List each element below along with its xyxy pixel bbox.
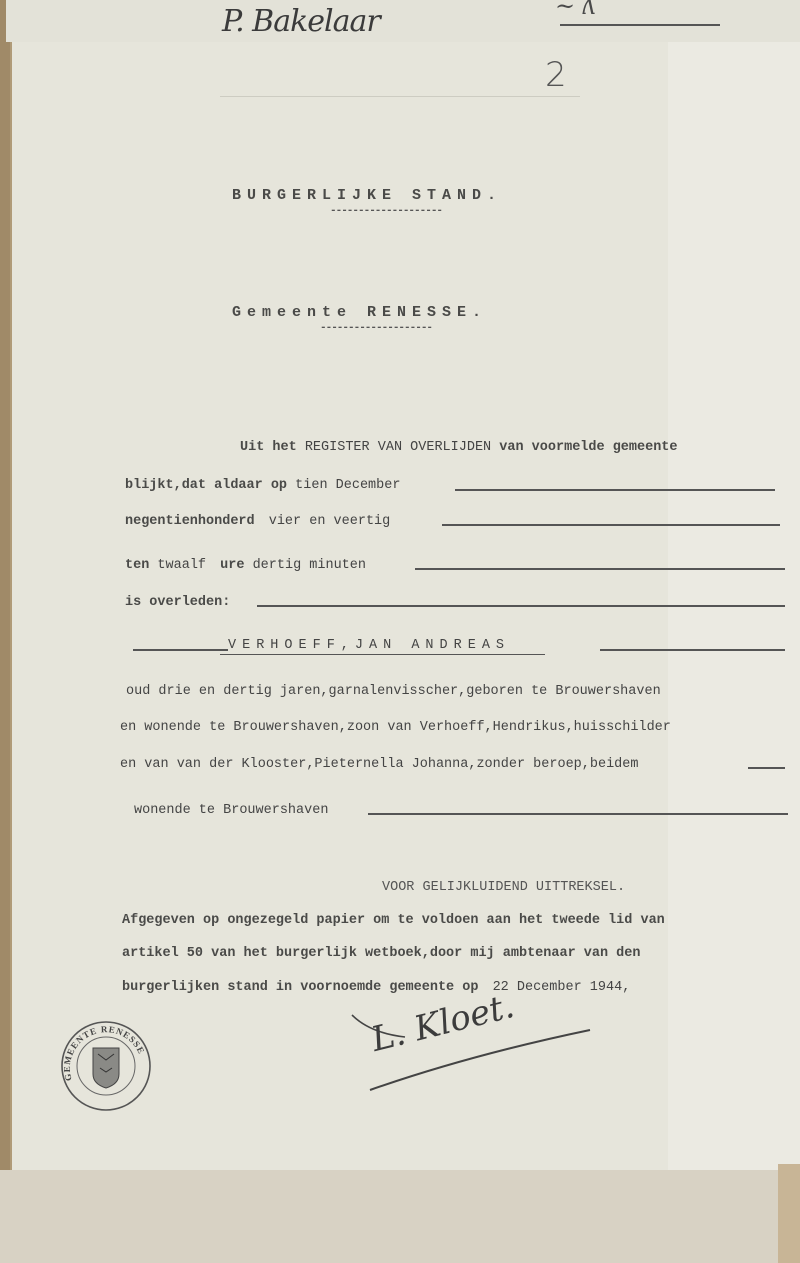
title-underline: -------------------- [330, 205, 442, 217]
certification-text: Afgegeven op ongezegeld papier om te vol… [122, 913, 665, 928]
death-hour: twaalf [157, 558, 206, 573]
time-label-ten: ten [125, 558, 149, 573]
year-line: negentienhonderd vier en veertig [125, 514, 390, 529]
fill-line [133, 649, 228, 651]
time-line: ten twaalf ure dertig minuten [125, 558, 366, 573]
document-title: BURGERLIJKE STAND. [232, 187, 502, 204]
deceased-name: VERHOEFF,JAN ANDREAS [228, 638, 510, 653]
fill-line [257, 605, 785, 607]
intro-prefix: Uit het [240, 440, 297, 455]
municipality-heading: Gemeente RENESSE. [232, 304, 487, 321]
detail-line: wonende te Brouwershaven [134, 803, 328, 818]
register-name: REGISTER VAN OVERLIJDEN [305, 440, 491, 455]
top-right-signature-scribble: ~ ʎ [555, 0, 596, 20]
fill-line [600, 649, 785, 651]
time-label-ure: ure [220, 558, 244, 573]
death-minutes: dertig minuten [253, 558, 366, 573]
detail-line: oud drie en dertig jaren,garnalenvissche… [126, 684, 661, 699]
issue-date: 22 December 1944, [493, 980, 631, 995]
certification-line: burgerlijken stand in voornoemde gemeent… [122, 980, 630, 995]
year-label: negentienhonderd [125, 514, 255, 529]
underlying-page-bottom [0, 1170, 780, 1263]
intro-suffix: van voormelde gemeente [499, 440, 677, 455]
top-signature: P. Bakelaar [222, 4, 380, 39]
certification-heading: VOOR GELIJKLUIDEND UITTREKSEL. [382, 880, 625, 895]
municipal-seal-icon: GEMEENTE RENESSE [60, 1020, 152, 1112]
death-date: tien December [295, 478, 400, 493]
date-label: blijkt,dat aldaar op [125, 478, 287, 493]
name-underline [220, 654, 545, 655]
detail-line: en van van der Klooster,Pieternella Joha… [120, 757, 638, 772]
top-signature-underline [560, 24, 720, 26]
certification-line: Afgegeven op ongezegeld papier om te vol… [122, 913, 665, 928]
fill-line [415, 568, 785, 570]
certification-line: artikel 50 van het burgerlijk wetboek,do… [122, 946, 640, 961]
municipality-underline: -------------------- [320, 322, 432, 334]
page-number: 2 [545, 55, 567, 95]
faint-rule [220, 96, 580, 97]
underlying-page [6, 0, 800, 42]
fill-line [442, 524, 780, 526]
background-edge-bottom [778, 1164, 800, 1263]
date-line: blijkt,dat aldaar op tien December [125, 478, 400, 493]
deceased-label-line: is overleden: [125, 595, 230, 610]
background-edge [0, 0, 10, 1263]
detail-line: en wonende te Brouwershaven,zoon van Ver… [120, 720, 671, 735]
register-intro-line: Uit het REGISTER VAN OVERLIJDEN van voor… [240, 440, 678, 455]
deceased-label: is overleden: [125, 595, 230, 610]
certification-text: artikel 50 van het burgerlijk wetboek,do… [122, 946, 640, 961]
fill-line [455, 489, 775, 491]
certification-text: burgerlijken stand in voornoemde gemeent… [122, 980, 478, 995]
fill-line [748, 767, 785, 769]
death-year: vier en veertig [269, 514, 391, 529]
fill-line [368, 813, 788, 815]
official-signature: L. Kloet. [350, 995, 610, 1105]
